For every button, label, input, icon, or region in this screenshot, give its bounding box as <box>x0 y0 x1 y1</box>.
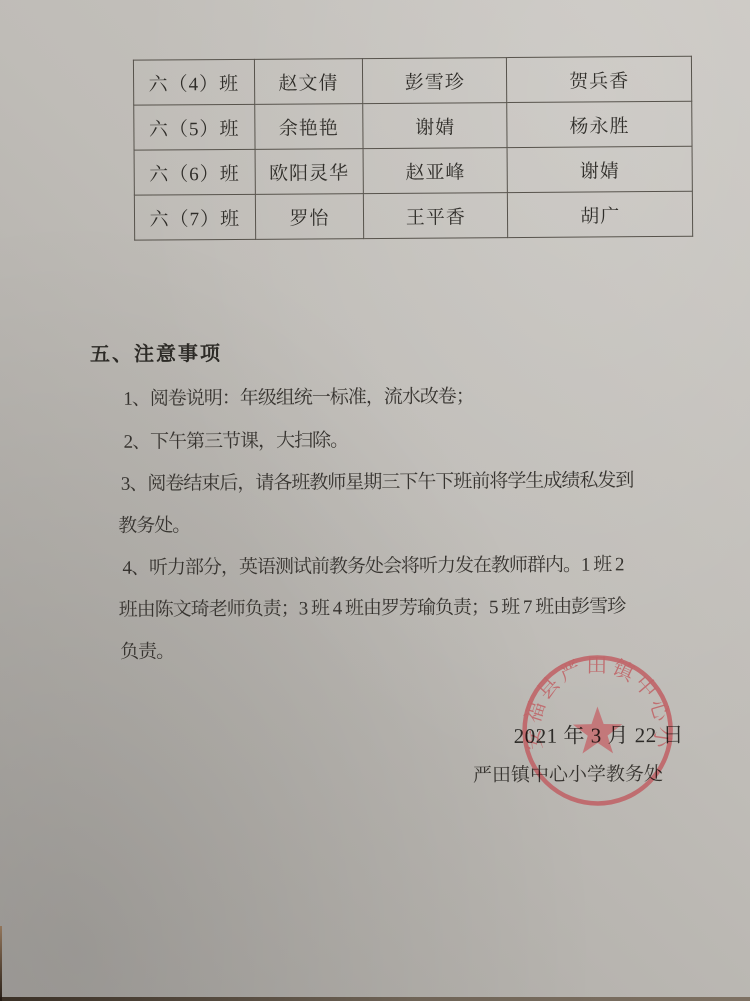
table-cell: 王平香 <box>364 193 508 239</box>
table-row: 六（6）班 欧阳灵华 赵亚峰 谢婧 <box>134 146 692 195</box>
table-cell: 彭雪珍 <box>363 58 507 104</box>
table-cell: 谢婧 <box>363 103 507 149</box>
note-item-4-line-1: 4、听力部分，英语测试前教务处会将听力发在教师群内。1 班 2 <box>122 549 623 579</box>
table-row: 六（4）班 赵文倩 彭雪珍 贺兵香 <box>133 56 691 105</box>
table-cell: 杨永胜 <box>507 101 692 147</box>
note-item-4-line-2: 班由陈文琦老师负责；3 班 4 班由罗芳瑜负责；5 班 7 班由彭雪珍 <box>119 591 626 622</box>
table-cell: 贺兵香 <box>507 56 692 102</box>
seal-star-icon <box>573 706 623 753</box>
duty-table: 六（4）班 赵文倩 彭雪珍 贺兵香 六（5）班 余艳艳 谢婧 杨永胜 六（6）班… <box>133 56 693 241</box>
document-photo: 六（4）班 赵文倩 彭雪珍 贺兵香 六（5）班 余艳艳 谢婧 杨永胜 六（6）班… <box>0 0 750 1001</box>
table-cell: 赵亚峰 <box>363 148 507 194</box>
photo-edge-left <box>0 926 2 1001</box>
table-cell: 胡广 <box>508 191 693 237</box>
table-row: 六（5）班 余艳艳 谢婧 杨永胜 <box>134 101 692 150</box>
table-row: 六（7）班 罗怡 王平香 胡广 <box>134 191 692 240</box>
table-cell: 六（4）班 <box>133 59 254 105</box>
paper-content: 六（4）班 赵文倩 彭雪珍 贺兵香 六（5）班 余艳艳 谢婧 杨永胜 六（6）班… <box>0 0 750 1001</box>
table-cell: 六（6）班 <box>134 149 255 195</box>
note-item-3-line-2: 教务处。 <box>118 510 190 538</box>
note-item-1: 1、阅卷说明：年级组统一标准，流水改卷； <box>123 381 474 410</box>
photo-edge-bottom <box>0 997 750 1001</box>
note-item-4-line-3: 负责。 <box>120 636 174 663</box>
table-cell: 谢婧 <box>507 146 692 192</box>
table-cell: 罗怡 <box>255 194 364 240</box>
table-cell: 赵文倩 <box>254 59 363 105</box>
official-seal: 安福县严田镇中心小学 <box>519 652 676 809</box>
table-cell: 六（7）班 <box>134 194 255 240</box>
note-item-2: 2、下午第三节课，大扫除。 <box>123 425 348 454</box>
table-cell: 六（5）班 <box>134 104 255 150</box>
table-cell: 余艳艳 <box>254 104 363 150</box>
note-item-3-line-1: 3、阅卷结束后，请各班教师星期三下午下班前将学生成绩私发到 <box>121 465 634 496</box>
section-heading: 五、注意事项 <box>90 337 222 367</box>
table-cell: 欧阳灵华 <box>255 149 364 195</box>
